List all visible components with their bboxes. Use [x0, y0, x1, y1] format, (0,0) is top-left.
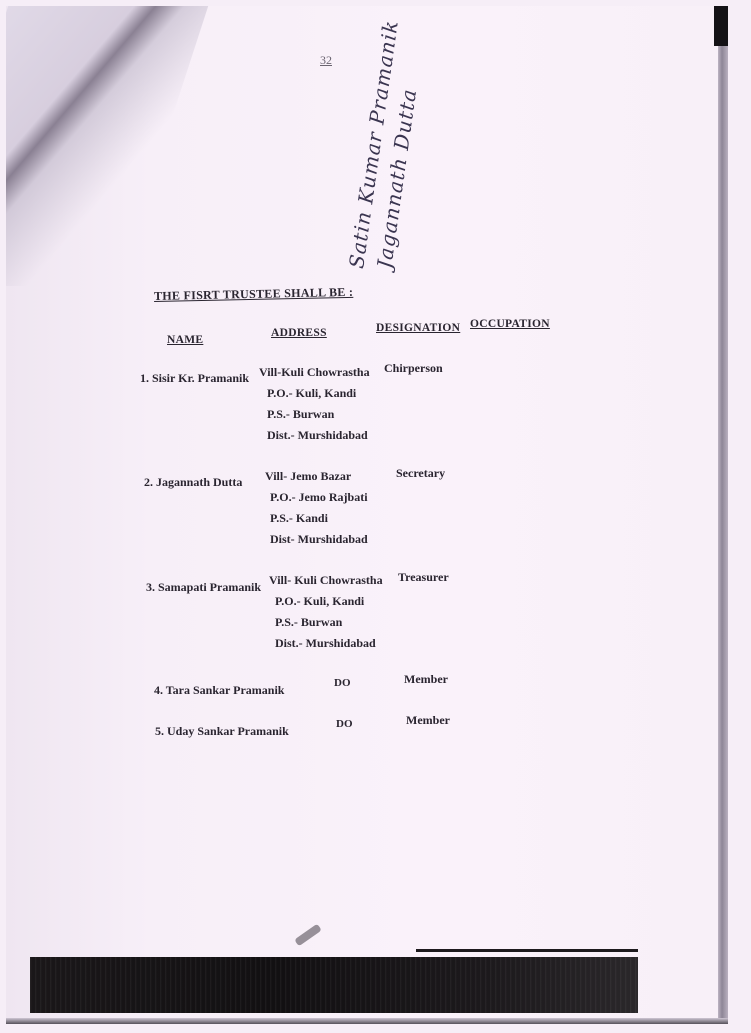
- trustee-name: 5. Uday Sankar Pramanik: [155, 724, 289, 739]
- trustee-name: 4. Tara Sankar Pramanik: [154, 683, 284, 698]
- trustee-name: 3. Samapati Pramanik: [146, 580, 261, 595]
- address-line: Dist.- Murshidabad: [267, 425, 370, 446]
- page-corner-shadow: [714, 6, 728, 46]
- address-line: Vill-Kuli Chowrastha: [259, 362, 370, 383]
- trustee-address-ditto: DO: [336, 718, 353, 730]
- column-header-name: NAME: [167, 334, 203, 346]
- trustee-name: 2. Jagannath Dutta: [144, 475, 242, 490]
- page-bottom-edge: [6, 1018, 728, 1024]
- scanned-page: 32 Satin Kumar Pramanik Jagannath Dutta …: [6, 6, 728, 1024]
- address-line: Dist- Murshidabad: [270, 529, 368, 550]
- address-line: P.S.- Kandi: [270, 508, 368, 529]
- ink-smudge: [294, 924, 322, 947]
- trustee-designation: Chirperson: [384, 361, 443, 376]
- address-line: P.S.- Burwan: [267, 404, 370, 425]
- trustee-address: Vill- Kuli Chowrastha P.O.- Kuli, Kandi …: [269, 570, 383, 654]
- address-line: Vill- Jemo Bazar: [265, 466, 368, 487]
- address-line: P.O.- Kuli, Kandi: [275, 591, 383, 612]
- address-line: Dist.- Murshidabad: [275, 633, 383, 654]
- redaction-bar: [30, 957, 638, 1013]
- page-fold-shadow: [6, 6, 215, 286]
- column-header-occupation: OCCUPATION: [470, 318, 550, 330]
- page-right-edge: [718, 6, 728, 1024]
- scan-artifact-line: [416, 949, 638, 952]
- trustee-designation: Member: [404, 672, 448, 687]
- column-header-designation: DESIGNATION: [376, 322, 460, 334]
- trustee-designation: Treasurer: [398, 570, 449, 585]
- column-header-address: ADDRESS: [271, 327, 327, 339]
- trustee-designation: Secretary: [396, 466, 445, 481]
- trustee-name: 1. Sisir Kr. Pramanik: [140, 371, 249, 386]
- trustee-address-ditto: DO: [334, 677, 351, 689]
- trustee-address: Vill-Kuli Chowrastha P.O.- Kuli, Kandi P…: [259, 362, 370, 446]
- address-line: P.O.- Kuli, Kandi: [267, 383, 370, 404]
- trustee-address: Vill- Jemo Bazar P.O.- Jemo Rajbati P.S.…: [265, 466, 368, 550]
- address-line: Vill- Kuli Chowrastha: [269, 570, 383, 591]
- address-line: P.O.- Jemo Rajbati: [270, 487, 368, 508]
- trustee-designation: Member: [406, 713, 450, 728]
- handwritten-signatures: Satin Kumar Pramanik Jagannath Dutta: [296, 46, 436, 246]
- section-heading: THE FISRT TRUSTEE SHALL BE :: [154, 285, 354, 304]
- address-line: P.S.- Burwan: [275, 612, 383, 633]
